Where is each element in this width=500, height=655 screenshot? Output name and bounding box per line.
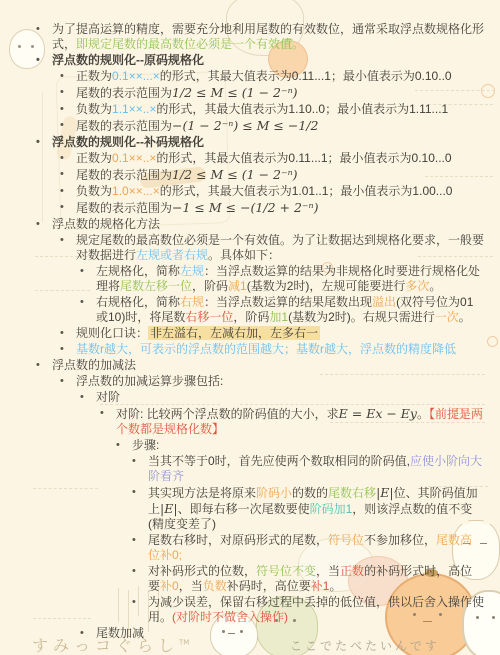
note-segment: 对阶: 比较两个浮点数的阶码值的大小，求 [116, 407, 339, 421]
note-segment: 正数 [340, 564, 364, 578]
note-segment: 多次 [405, 279, 429, 293]
note-line: •其实现方法是将原来阶码小的数的尾数右移|E|位、其阶码值加上|E|、即每右移一… [132, 485, 484, 532]
note-line: •尾数右移时，对原码形式的尾数，符号位不参加移位，尾数高位补0; [132, 533, 484, 563]
note-segment: 0.1××..× [112, 151, 156, 165]
note-segment: 正数为 [76, 69, 112, 83]
note-segment: E = Ex − Ey [339, 406, 417, 421]
bullet-icon: • [132, 564, 148, 579]
note-line: •负数为1.1××..×的形式，其最大值表示为1.10..0；最小值表示为1.1… [60, 102, 484, 117]
note-line: •步骤: [116, 438, 484, 453]
note-segment: 1.0××...× [112, 184, 160, 198]
note-line: •对阶: 比较两个浮点数的阶码值的大小，求E = Ex − Ey。【前提是两个数… [100, 406, 484, 437]
note-segment: 阶码小 [256, 486, 292, 500]
note-segment: 的形式，其最大值表示为1.01..1；最小值表示为1.00...0 [160, 184, 453, 198]
bullet-icon: • [60, 69, 76, 84]
watermark-text: ここでたべたいんです [290, 639, 440, 653]
note-segment: 尾数右移 [328, 486, 376, 500]
bullet-icon: • [80, 264, 96, 279]
note-segment: 左规格化，简称 [96, 264, 180, 278]
note-segment: −1 ≤ M ≤ −(1/2 + 2⁻ⁿ) [172, 200, 318, 215]
note-segment: (对阶时不做舍入操作) [172, 610, 288, 624]
trademark-symbol: TM [179, 639, 189, 647]
note-segment: 右规 [180, 295, 204, 309]
note-line: •为了提高运算的精度，需要充分地利用尾数的有效数位，通常采取浮点数规格化形式，即… [36, 22, 484, 52]
note-segment: 步骤: [132, 438, 159, 452]
note-segment: 正数为 [76, 151, 112, 165]
bullet-icon: • [80, 295, 96, 310]
bullet-icon: • [60, 233, 76, 248]
bullet-icon: • [60, 374, 76, 389]
note-line: •规定尾数的最高数位必须是一个有效值。为了让数据达到规格化要求，一般要对数据进行… [60, 233, 484, 263]
note-line: •尾数的表示范围为1/2 ≤ M ≤ (1 − 2⁻ⁿ) [60, 167, 484, 183]
note-segment: 尾数的表示范围为 [76, 201, 172, 215]
bird-eye-icon [18, 45, 21, 48]
bullet-icon: • [60, 151, 76, 166]
note-segment: 即规定尾数的最高数位必须是一个有效值。 [76, 37, 304, 51]
note-segment: 溢出 [372, 295, 396, 309]
note-segment: 。 [417, 407, 429, 421]
note-segment: 。 [459, 310, 471, 324]
bullet-icon: • [36, 217, 52, 232]
note-segment: 符号位 [328, 533, 364, 547]
small-circle-decoration [487, 336, 498, 347]
note-segment: 对阶 [96, 390, 120, 404]
note-segment: 左规或者右规 [136, 248, 208, 262]
note-line: •正数为0.1××..×的形式，其最大值表示为0.11...1；最小值表示为0.… [60, 151, 484, 166]
note-segment: 0.1××...× [112, 69, 160, 83]
note-segment: ，当 [316, 564, 340, 578]
bullet-icon: • [36, 135, 52, 150]
note-segment: 不参加移位， [364, 533, 436, 547]
note-segment: ：当浮点数运算的结果尾数出现 [204, 295, 372, 309]
note-line: •浮点数的规格化方法 [36, 217, 484, 232]
note-segment: 基数r越大，可表示的浮点数的范围越大；基数r越大，浮点数的精度降低 [76, 342, 456, 356]
note-segment: 尾数左移一位 [120, 279, 192, 293]
japanese-caption-watermark: ここでたべたいんです [290, 637, 440, 654]
note-line: •负数为1.0××...×的形式，其最大值表示为1.01..1；最小值表示为1.… [60, 184, 484, 199]
bullet-icon: • [60, 326, 76, 341]
bullet-icon: • [60, 102, 76, 117]
note-segment: 减1 [228, 279, 247, 293]
note-segment: 1.1××..× [112, 102, 156, 116]
bullet-icon: • [60, 118, 76, 133]
sumikko-gurashi-watermark: すみっコぐらしTM [32, 633, 189, 655]
bullet-icon: • [80, 390, 96, 405]
note-segment: 。 [429, 279, 441, 293]
note-segment: 1/2 ≤ M ≤ (1 − 2⁻ⁿ) [172, 85, 298, 100]
bullet-icon: • [36, 53, 52, 68]
bird-eye-icon [31, 45, 34, 48]
note-segment: 、即每右移一次尾数要使 [178, 502, 310, 516]
bullet-icon: • [132, 533, 148, 548]
note-segment: 浮点数的规则化--原码规格化 [52, 53, 204, 67]
note-segment: 非左溢右，左减右加，左多右一 [148, 326, 320, 340]
note-segment: 补0 [160, 579, 179, 593]
notes-list: •为了提高运算的精度，需要充分地利用尾数的有效数位，通常采取浮点数规格化形式，即… [36, 22, 484, 642]
bullet-icon: • [116, 438, 132, 453]
note-segment: 浮点数的规则化--补码规格化 [52, 135, 204, 149]
note-segment: 尾数右移时，对原码形式的尾数， [148, 533, 328, 547]
bullet-icon: • [60, 167, 76, 182]
note-segment: 。 [329, 579, 341, 593]
bullet-icon: • [36, 22, 52, 37]
bullet-icon: • [132, 485, 148, 500]
note-segment: 阶码加1 [310, 502, 353, 516]
note-line: •当其不等于0时，首先应使两个数取相同的阶码值,应使小阶向大阶看齐 [132, 454, 484, 484]
bullet-icon: • [132, 454, 148, 469]
note-segment: 对补码形式的位数， [148, 564, 256, 578]
note-segment: 的数的 [292, 486, 328, 500]
note-segment: 浮点数的加减运算步骤包括: [76, 374, 223, 388]
note-segment: 负数 [203, 579, 227, 593]
note-segment: 浮点数的规格化方法 [52, 217, 160, 231]
note-segment: 规则化口诀： [76, 326, 148, 340]
note-segment: 尾数的表示范围为 [76, 168, 172, 182]
note-line: •对阶 [80, 390, 484, 405]
note-segment: 1/2 ≤ M ≤ (1 − 2⁻ⁿ) [172, 167, 298, 182]
note-segment: 尾数的表示范围为 [76, 86, 172, 100]
bullet-icon: • [132, 595, 148, 610]
note-segment: ，阶码 [192, 279, 228, 293]
note-segment: 符号位不变 [256, 564, 316, 578]
note-segment: 其实现方法是将原来 [148, 486, 256, 500]
note-segment: 负数为 [76, 102, 112, 116]
watermark-text: すみっコぐらし [32, 636, 179, 655]
bullet-icon: • [60, 184, 76, 199]
note-segment: 补码时，高位要 [227, 579, 311, 593]
note-segment: |E| [376, 485, 394, 500]
note-segment: 当其不等于0时，首先应使两个数取相同的阶码值, [148, 454, 410, 468]
bullet-icon: • [60, 342, 76, 357]
note-segment: 一次 [435, 310, 459, 324]
note-line: •为减少误差，保留右移过程中丢掉的低位值，供以后舍入操作使用。(对阶时不做舍入操… [132, 595, 484, 625]
note-segment: ，当 [179, 579, 203, 593]
note-line: •对补码形式的位数，符号位不变，当正数的补码形式时，高位要补0，当负数补码时，高… [132, 564, 484, 594]
note-segment: 负数为 [76, 184, 112, 198]
note-segment: 右规格化，简称 [96, 295, 180, 309]
note-line: •浮点数的规则化--补码规格化 [36, 135, 484, 150]
note-segment: 。具体如下： [208, 248, 280, 262]
note-segment: 的形式，其最大值表示为0.11...1；最小值表示为0.10...0 [156, 151, 451, 165]
note-line: •浮点数的加减法 [36, 358, 484, 373]
note-segment: 的形式，其最大值表示为1.10..0；最小值表示为1.11...1 [156, 102, 448, 116]
note-segment: 补1 [311, 579, 330, 593]
note-line: •尾数的表示范围为1/2 ≤ M ≤ (1 − 2⁻ⁿ) [60, 85, 484, 101]
note-segment: 左规 [180, 264, 204, 278]
note-segment: 加1 [269, 310, 288, 324]
bullet-icon: • [60, 200, 76, 215]
note-segment: (基数为2时)。右规只需进行 [288, 310, 435, 324]
note-segment: 浮点数的加减法 [52, 358, 136, 372]
note-line: •右规格化，简称右规：当浮点数运算的结果尾数出现溢出(双符号位为01或10)时，… [80, 295, 484, 325]
note-line: •浮点数的规则化--原码规格化 [36, 53, 484, 68]
note-line: •浮点数的加减运算步骤包括: [60, 374, 484, 389]
white-character-eye-icon [492, 616, 495, 619]
note-segment: 右移一位 [185, 310, 233, 324]
note-segment: (基数为2时)，左规可能要进行 [247, 279, 406, 293]
note-line: •尾数的表示范围为−(1 − 2⁻ⁿ) ≤ M ≤ −1/2 [60, 118, 484, 134]
note-line: •左规格化，简称左规：当浮点数运算的结果为非规格化时要进行规格化处理将尾数左移一… [80, 264, 484, 294]
bullet-icon: • [36, 358, 52, 373]
note-segment: −(1 − 2⁻ⁿ) ≤ M ≤ −1/2 [172, 118, 318, 133]
note-line: •基数r越大，可表示的浮点数的范围越大；基数r越大，浮点数的精度降低 [60, 342, 484, 357]
note-line: •尾数的表示范围为−1 ≤ M ≤ −(1/2 + 2⁻ⁿ) [60, 200, 484, 216]
note-segment: 尾数的表示范围为 [76, 119, 172, 133]
bullet-icon: • [100, 406, 116, 421]
note-segment: ，阶码 [233, 310, 269, 324]
note-segment: |E| [160, 501, 178, 516]
note-line: •规则化口诀：非左溢右，左减右加，左多右一 [60, 326, 484, 341]
note-line: •正数为0.1××...×的形式，其最大值表示为0.11...1；最小值表示为0… [60, 69, 484, 84]
bullet-icon: • [60, 85, 76, 100]
note-segment: 的形式，其最大值表示为0.11...1；最小值表示为0.10..0 [160, 69, 452, 83]
